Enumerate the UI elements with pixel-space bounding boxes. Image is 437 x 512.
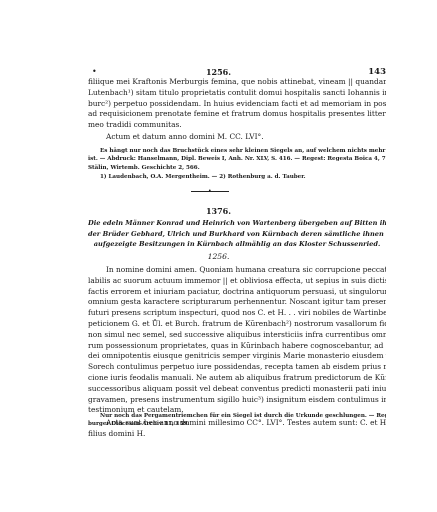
text-line: futuri presens scriptum inspecturi, quod… [88,308,386,319]
footnote-line: 1) Laudenbach, O.A. Mergentheim. — 2) Ro… [88,173,386,181]
editorial-note: Es hängt nur noch das Bruchstück eines s… [88,147,386,172]
charter-number: 1376. [0,206,437,216]
charter-year: 1256. [0,252,437,261]
text-line: cione iuris feodalis manuali. Ne autem a… [88,373,386,384]
text-line: peticionem G. et Ůl. et Burch. fratrum d… [88,319,386,330]
text-line: non simul nec semel, sed successive aliq… [88,330,386,341]
note-line: burger Diöcesan-Archiv 11, 159. [88,420,386,428]
note-line: Es hängt nur noch das Bruchstück eines s… [88,147,386,155]
dating-clause: Actum et datum anno domini M. CC. LVI°. [88,132,386,143]
document-page: • 1256. 143 filiique mei Kraftonis Merbu… [0,0,437,512]
note-line: Nur noch das Pergamentriemchen für ein S… [88,412,386,420]
text-line: factis errorem et iniuriam paciatur, doc… [88,287,386,298]
text-line: Sorech contulimus perpetuo iure possiden… [88,362,386,373]
text-line: burc²) perpetuo possidendam. In huius ev… [88,99,386,110]
closing-line: filius domini H. [88,429,386,440]
divider-dot: • [208,188,212,195]
text-line: meo tradidi communitas. [88,120,386,131]
text-line: filiique mei Kraftonis Merburgis femina,… [88,77,386,88]
text-line: omnium gesta karactere scripturarum perh… [88,297,386,308]
text-line: rum possessionum proprietates, quas in K… [88,341,386,352]
charter-editorial-note: Nur noch das Pergamentriemchen für ein S… [88,412,386,429]
summary-line: aufgezeigte Besitzungen in Kürnbach allm… [88,239,386,250]
note-line: ist. — Abdruck: Hanselmann, Dipl. Beweis… [88,155,386,163]
summary-line: der Brüder Gebhard, Ulrich und Burkhard … [88,229,386,240]
text-line: labilis ac suorum actuum immemor || et o… [88,276,386,287]
text-line: dei omnipotentis eiusque genitricis semp… [88,351,386,362]
text-line: Lutenbach¹) sitam titulo proprietatis co… [88,88,386,99]
text-line: successoribus aliquam possit vel debeat … [88,384,386,395]
charter-summary: Die edeln Männer Konrad und Heinrich von… [88,218,386,250]
page-number: 143 [368,67,386,77]
text-line: ad requisicionem prenotate femine et fra… [88,109,386,120]
charter-continuation-text: filiique mei Kraftonis Merburgis femina,… [88,77,386,143]
summary-line: Die edeln Männer Konrad und Heinrich von… [88,218,386,229]
note-line: Stälin, Wirtemb. Geschichte 2, 566. [88,164,386,172]
footnotes: 1) Laudenbach, O.A. Mergentheim. — 2) Ro… [88,173,386,181]
text-line: In nomine domini amen. Quoniam humana cr… [88,265,386,276]
text-line: gravamen, presens instrumentum sigillo h… [88,395,386,406]
